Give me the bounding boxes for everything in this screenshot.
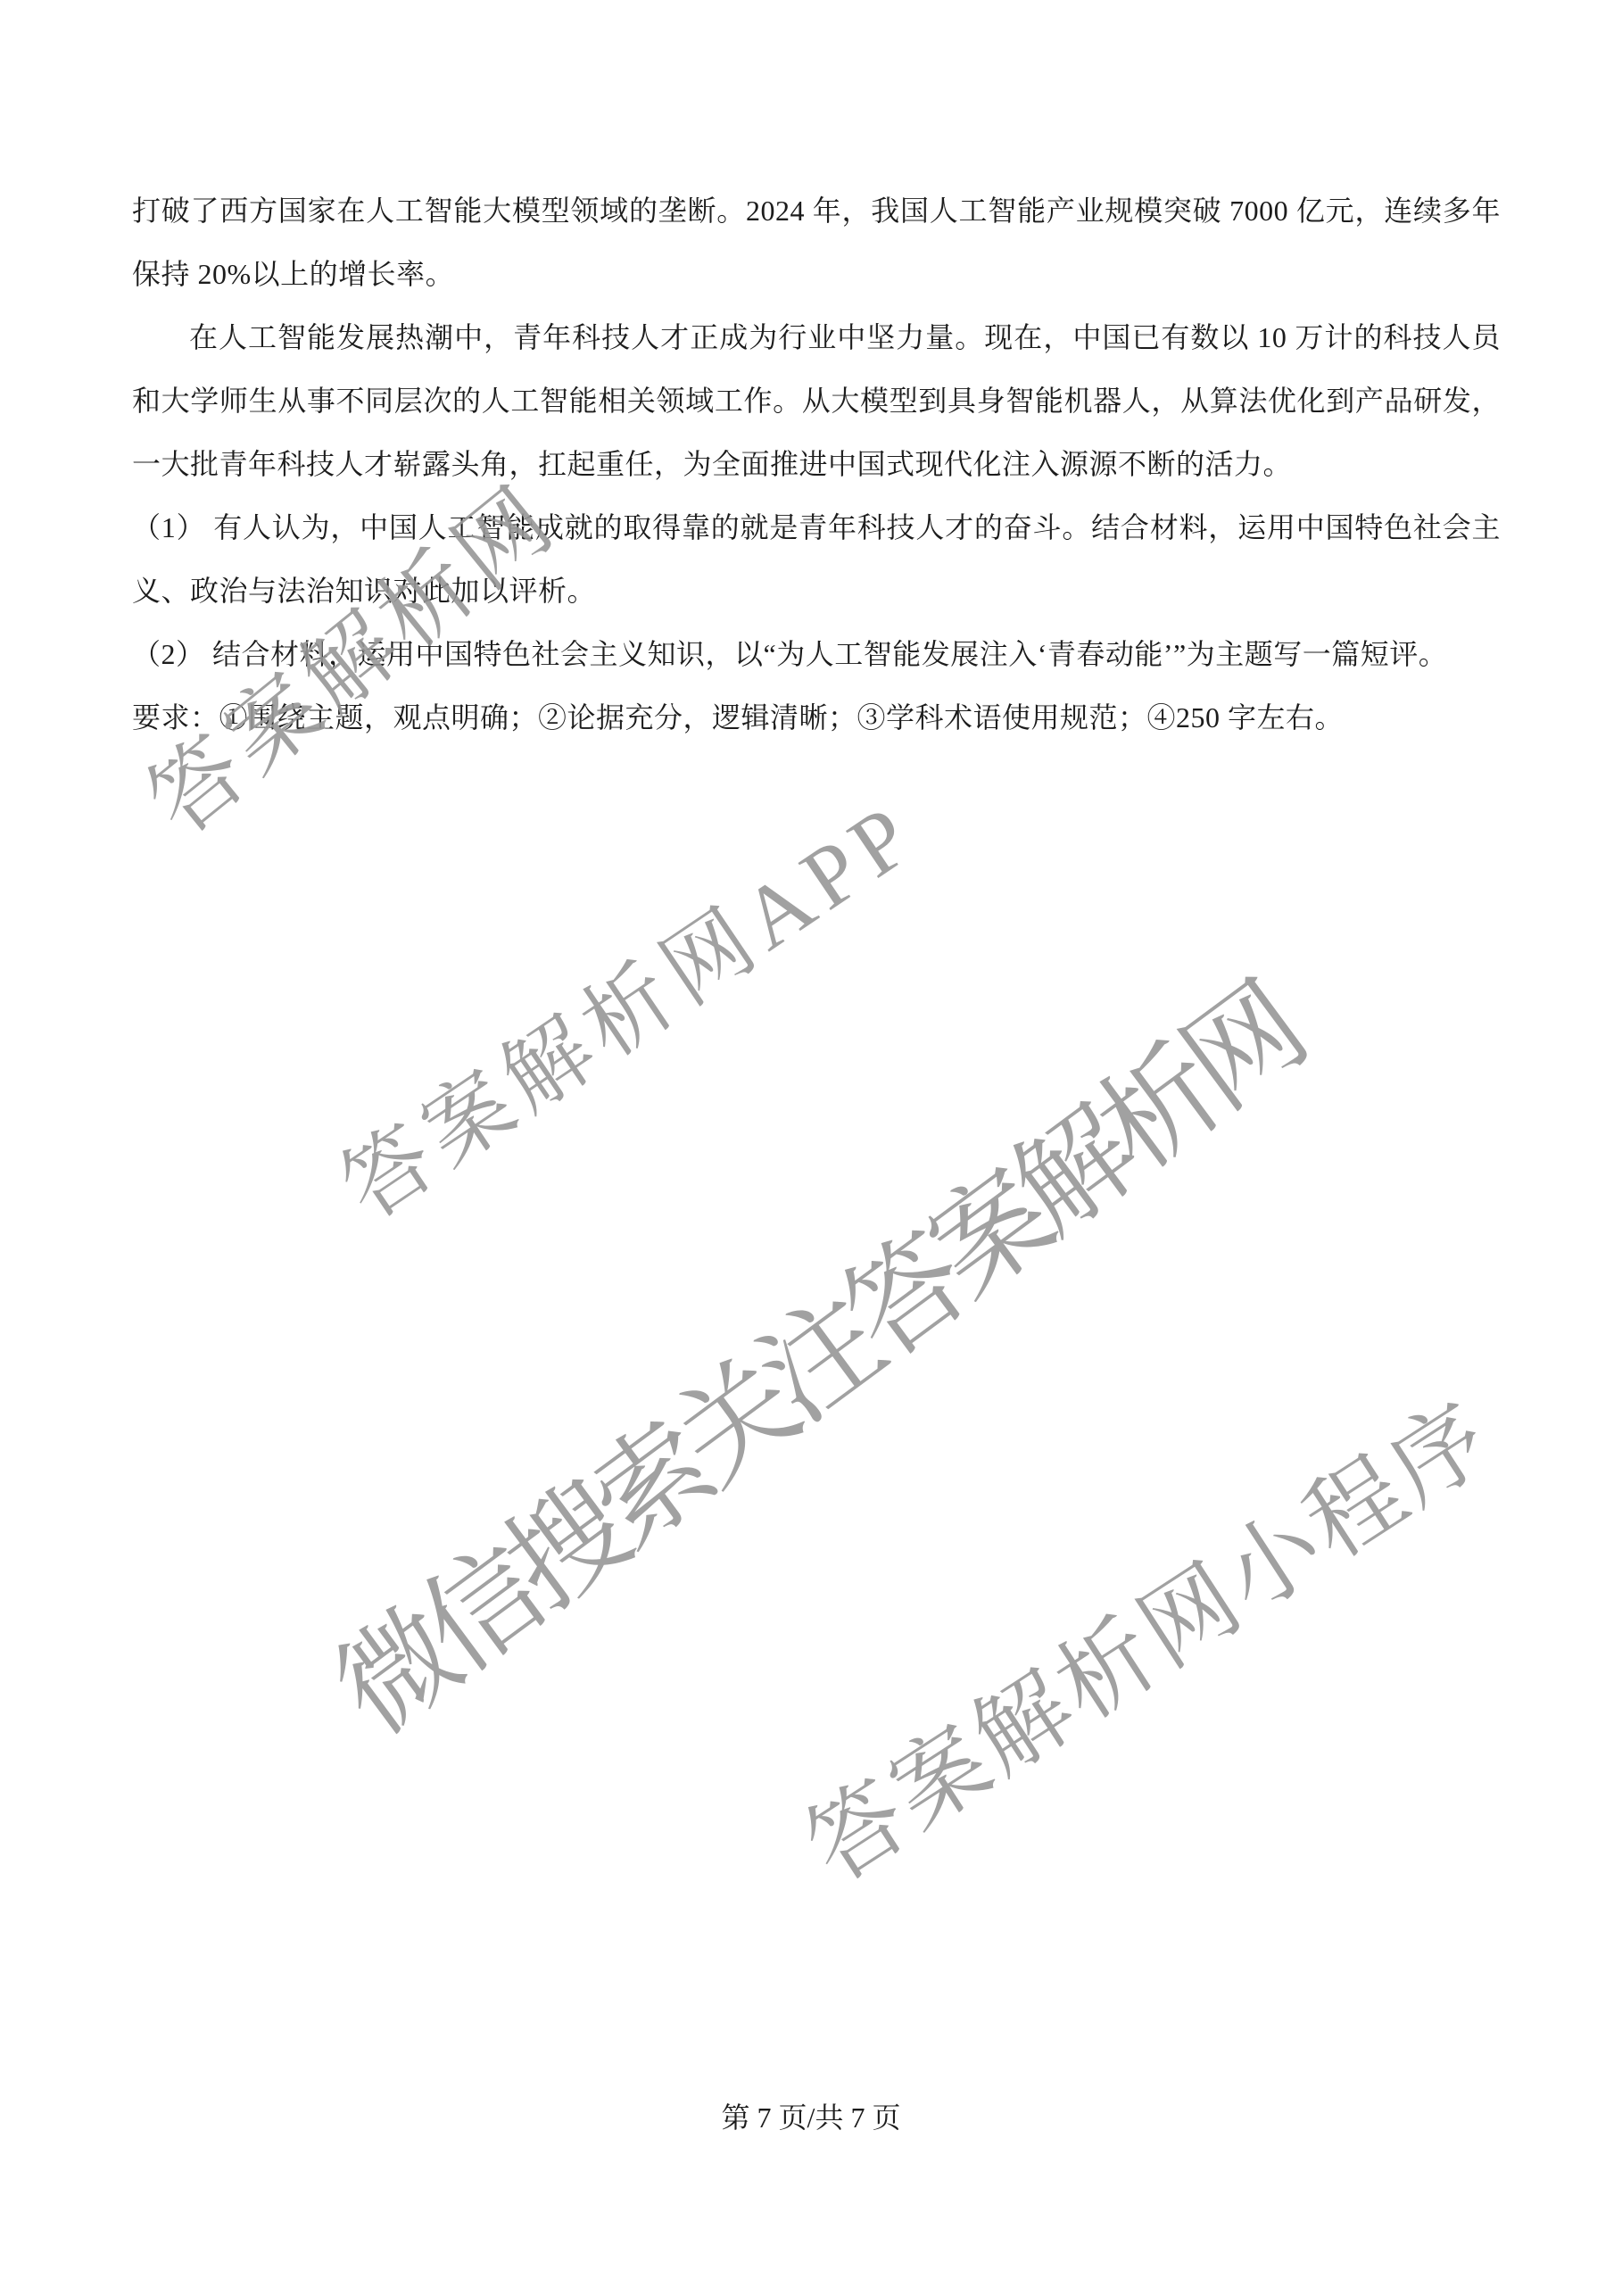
question-2-requirements: 要求：①围绕主题，观点明确；②论据充分，逻辑清晰；③学科术语使用规范；④250 … — [132, 686, 1501, 750]
document-page: 答案解析网 答案解析网APP 微信搜索关注答案解析网 答案解析网小程序 打破了西… — [0, 0, 1622, 2296]
paragraph-material: 在人工智能发展热潮中，青年科技人才正成为行业中坚力量。现在，中国已有数以 10 … — [132, 306, 1501, 496]
question-1: （1） 有人认为，中国人工智能成就的取得靠的就是青年科技人才的奋斗。结合材料，运… — [132, 496, 1501, 623]
watermark-answer-site-app: 答案解析网APP — [313, 765, 938, 1243]
document-body: 打破了西方国家在人工智能大模型领域的垄断。2024 年，我国人工智能产业规模突破… — [132, 179, 1501, 750]
paragraph-continuation: 打破了西方国家在人工智能大模型领域的垄断。2024 年，我国人工智能产业规模突破… — [132, 179, 1501, 306]
watermark-mini-program: 答案解析网小程序 — [776, 1362, 1515, 1907]
page-footer: 第 7 页/共 7 页 — [0, 2095, 1622, 2136]
question-2: （2） 结合材料，运用中国特色社会主义知识，以“为人工智能发展注入‘青春动能’”… — [132, 623, 1501, 686]
watermark-wechat-search: 微信搜索关注答案解析网 — [297, 942, 1328, 1765]
